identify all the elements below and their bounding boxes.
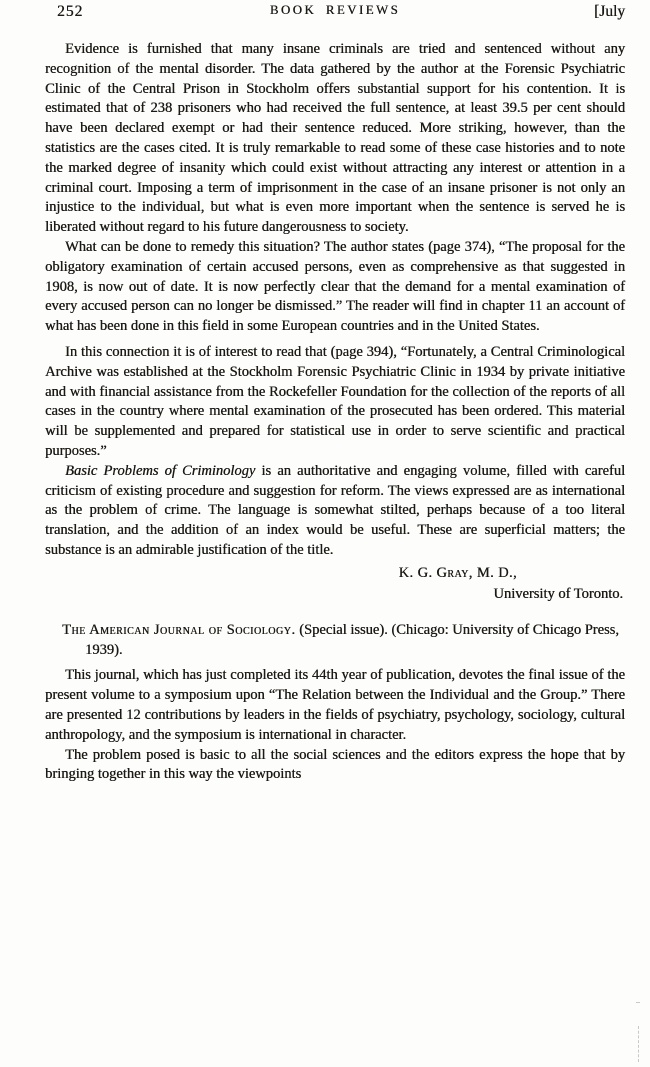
reviewer-affiliation: University of Toronto. (45, 584, 625, 605)
reviewer-signature: K. G. Gray, M. D., University of Toronto… (45, 563, 625, 605)
reviewed-book-title: Basic Problems of Criminology (65, 463, 255, 479)
scan-artifact-dashed-line (638, 1026, 639, 1062)
review-paragraph: What can be done to remedy this situatio… (45, 238, 625, 337)
journal-title: The American Journal of Sociology. (62, 622, 295, 638)
scan-artifact-tick (636, 1002, 640, 1003)
running-header: 252 BOOK REVIEWS [July (45, 3, 625, 21)
journal-review-heading: The American Journal of Sociology. (Spec… (45, 621, 625, 661)
running-title: BOOK REVIEWS (45, 3, 625, 18)
scanned-journal-page: 252 BOOK REVIEWS [July Evidence is furni… (0, 0, 650, 1067)
review-paragraph: In this connection it is of interest to … (45, 343, 625, 462)
review-paragraph: Evidence is furnished that many insane c… (45, 40, 625, 238)
reviewer-name: K. G. Gray, M. D., (45, 563, 625, 584)
page-body: Evidence is furnished that many insane c… (45, 40, 625, 785)
review-paragraph: This journal, which has just completed i… (45, 666, 625, 745)
review-closing-paragraph: Basic Problems of Criminology is an auth… (45, 462, 625, 561)
review-paragraph: The problem posed is basic to all the so… (45, 746, 625, 786)
